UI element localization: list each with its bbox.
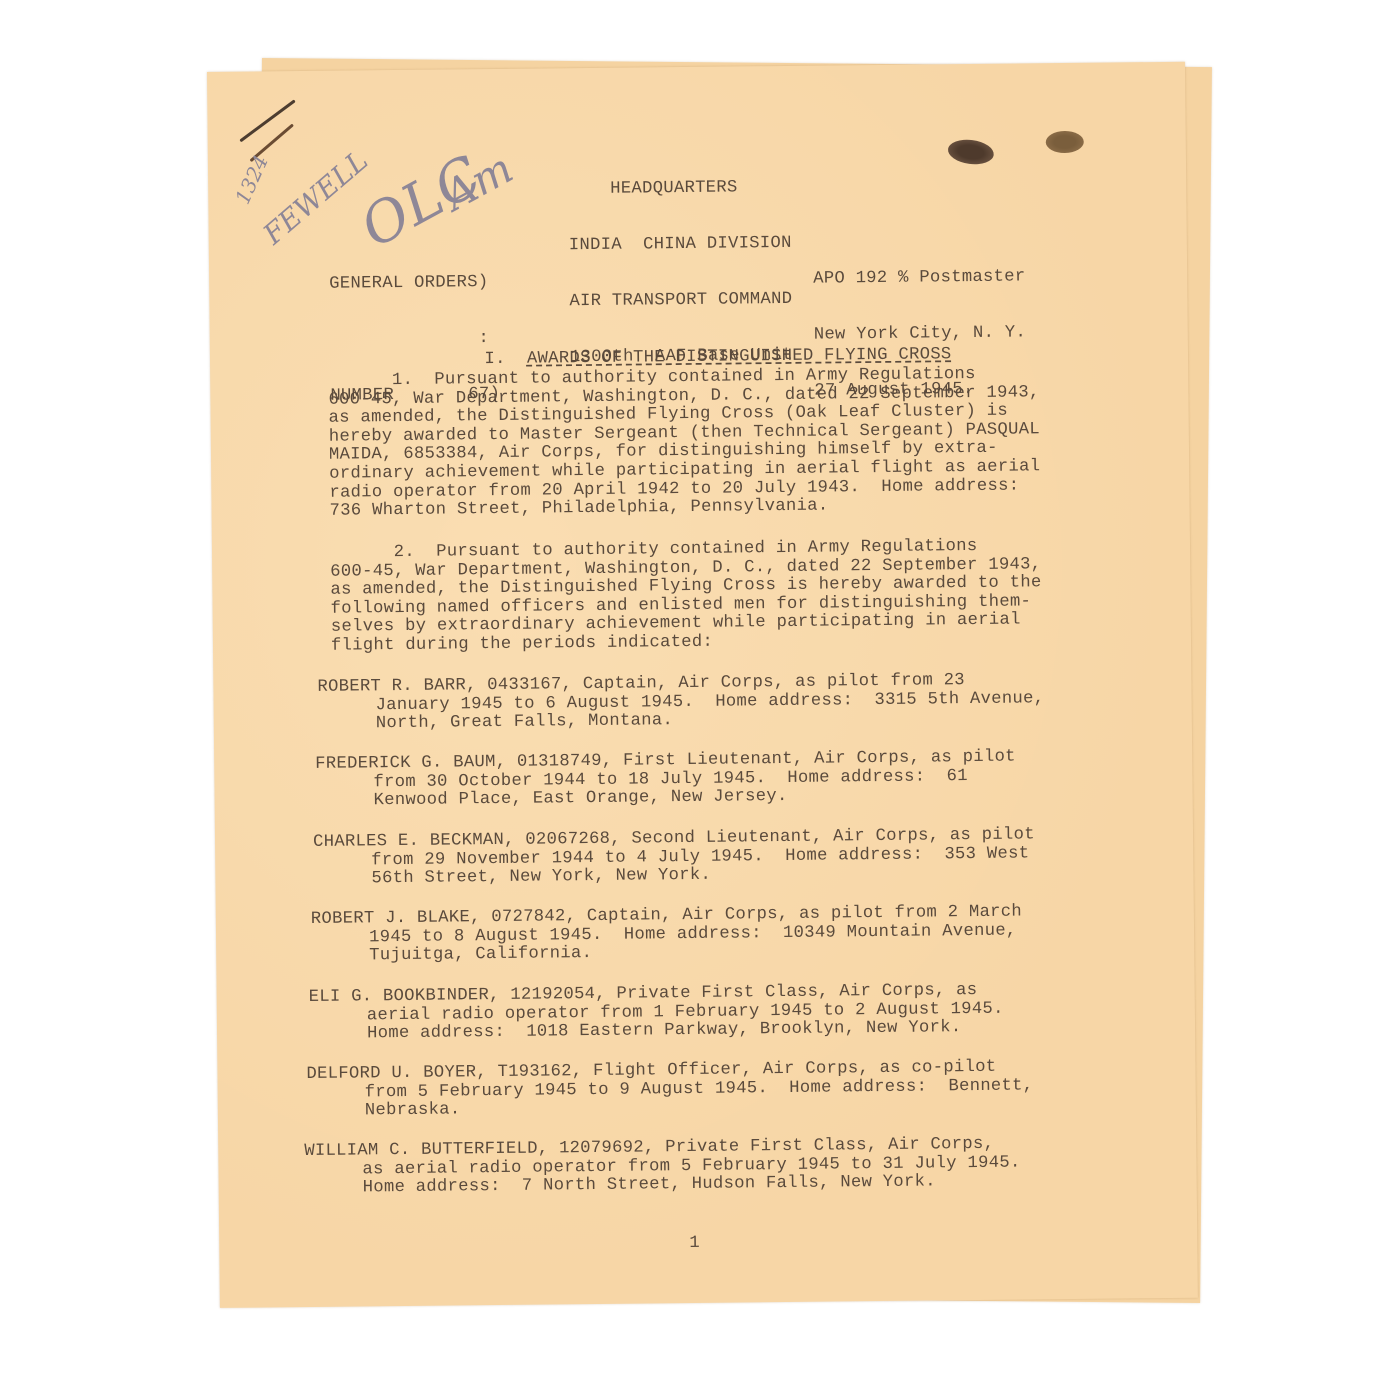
document-page: 1324 FEWELL OLC Am HEADQUARTERS INDIA CH… — [207, 62, 1198, 1308]
paragraph-2: 2. Pursuant to authority contained in Ar… — [330, 537, 1042, 656]
awardee-entry: ELI G. BOOKBINDER, 12192054, Private Fir… — [309, 982, 1004, 1045]
section-number: I. — [484, 349, 505, 368]
general-orders-line: GENERAL ORDERS) — [329, 274, 499, 294]
page-number: 1 — [689, 1235, 700, 1254]
awardee-entry: DELFORD U. BOYER, T193162, Flight Office… — [306, 1058, 1033, 1121]
letterhead-line: AIR TRANSPORT COMMAND — [569, 291, 792, 312]
letterhead-line: HEADQUARTERS — [568, 179, 791, 200]
staple-mark — [239, 99, 295, 142]
awardee-entry: ROBERT J. BLAKE, 0727842, Captain, Air C… — [311, 904, 1023, 967]
paragraph-1: 1. Pursuant to authority contained in Ar… — [328, 365, 1041, 521]
section-title: AWARDS OF THE DISTINGUISHED FLYING CROSS — [527, 345, 952, 368]
awardee-entry: CHARLES E. BECKMAN, 02067268, Second Lie… — [313, 826, 1035, 889]
stain-mark — [947, 137, 996, 167]
apo-line: APO 192 % Postmaster — [813, 269, 1025, 290]
awardee-entry: ROBERT R. BARR, 0433167, Captain, Air Co… — [317, 671, 1044, 734]
letterhead-line: INDIA CHINA DIVISION — [569, 235, 792, 256]
handwritten-note: FEWELL — [257, 144, 374, 251]
awardee-entry: WILLIAM C. BUTTERFIELD, 12079692, Privat… — [304, 1136, 1021, 1199]
stain-mark — [1046, 131, 1084, 153]
handwritten-note: 1324 — [230, 151, 273, 207]
awardee-entry: FREDERICK G. BAUM, 01318749, First Lieut… — [315, 749, 1016, 812]
